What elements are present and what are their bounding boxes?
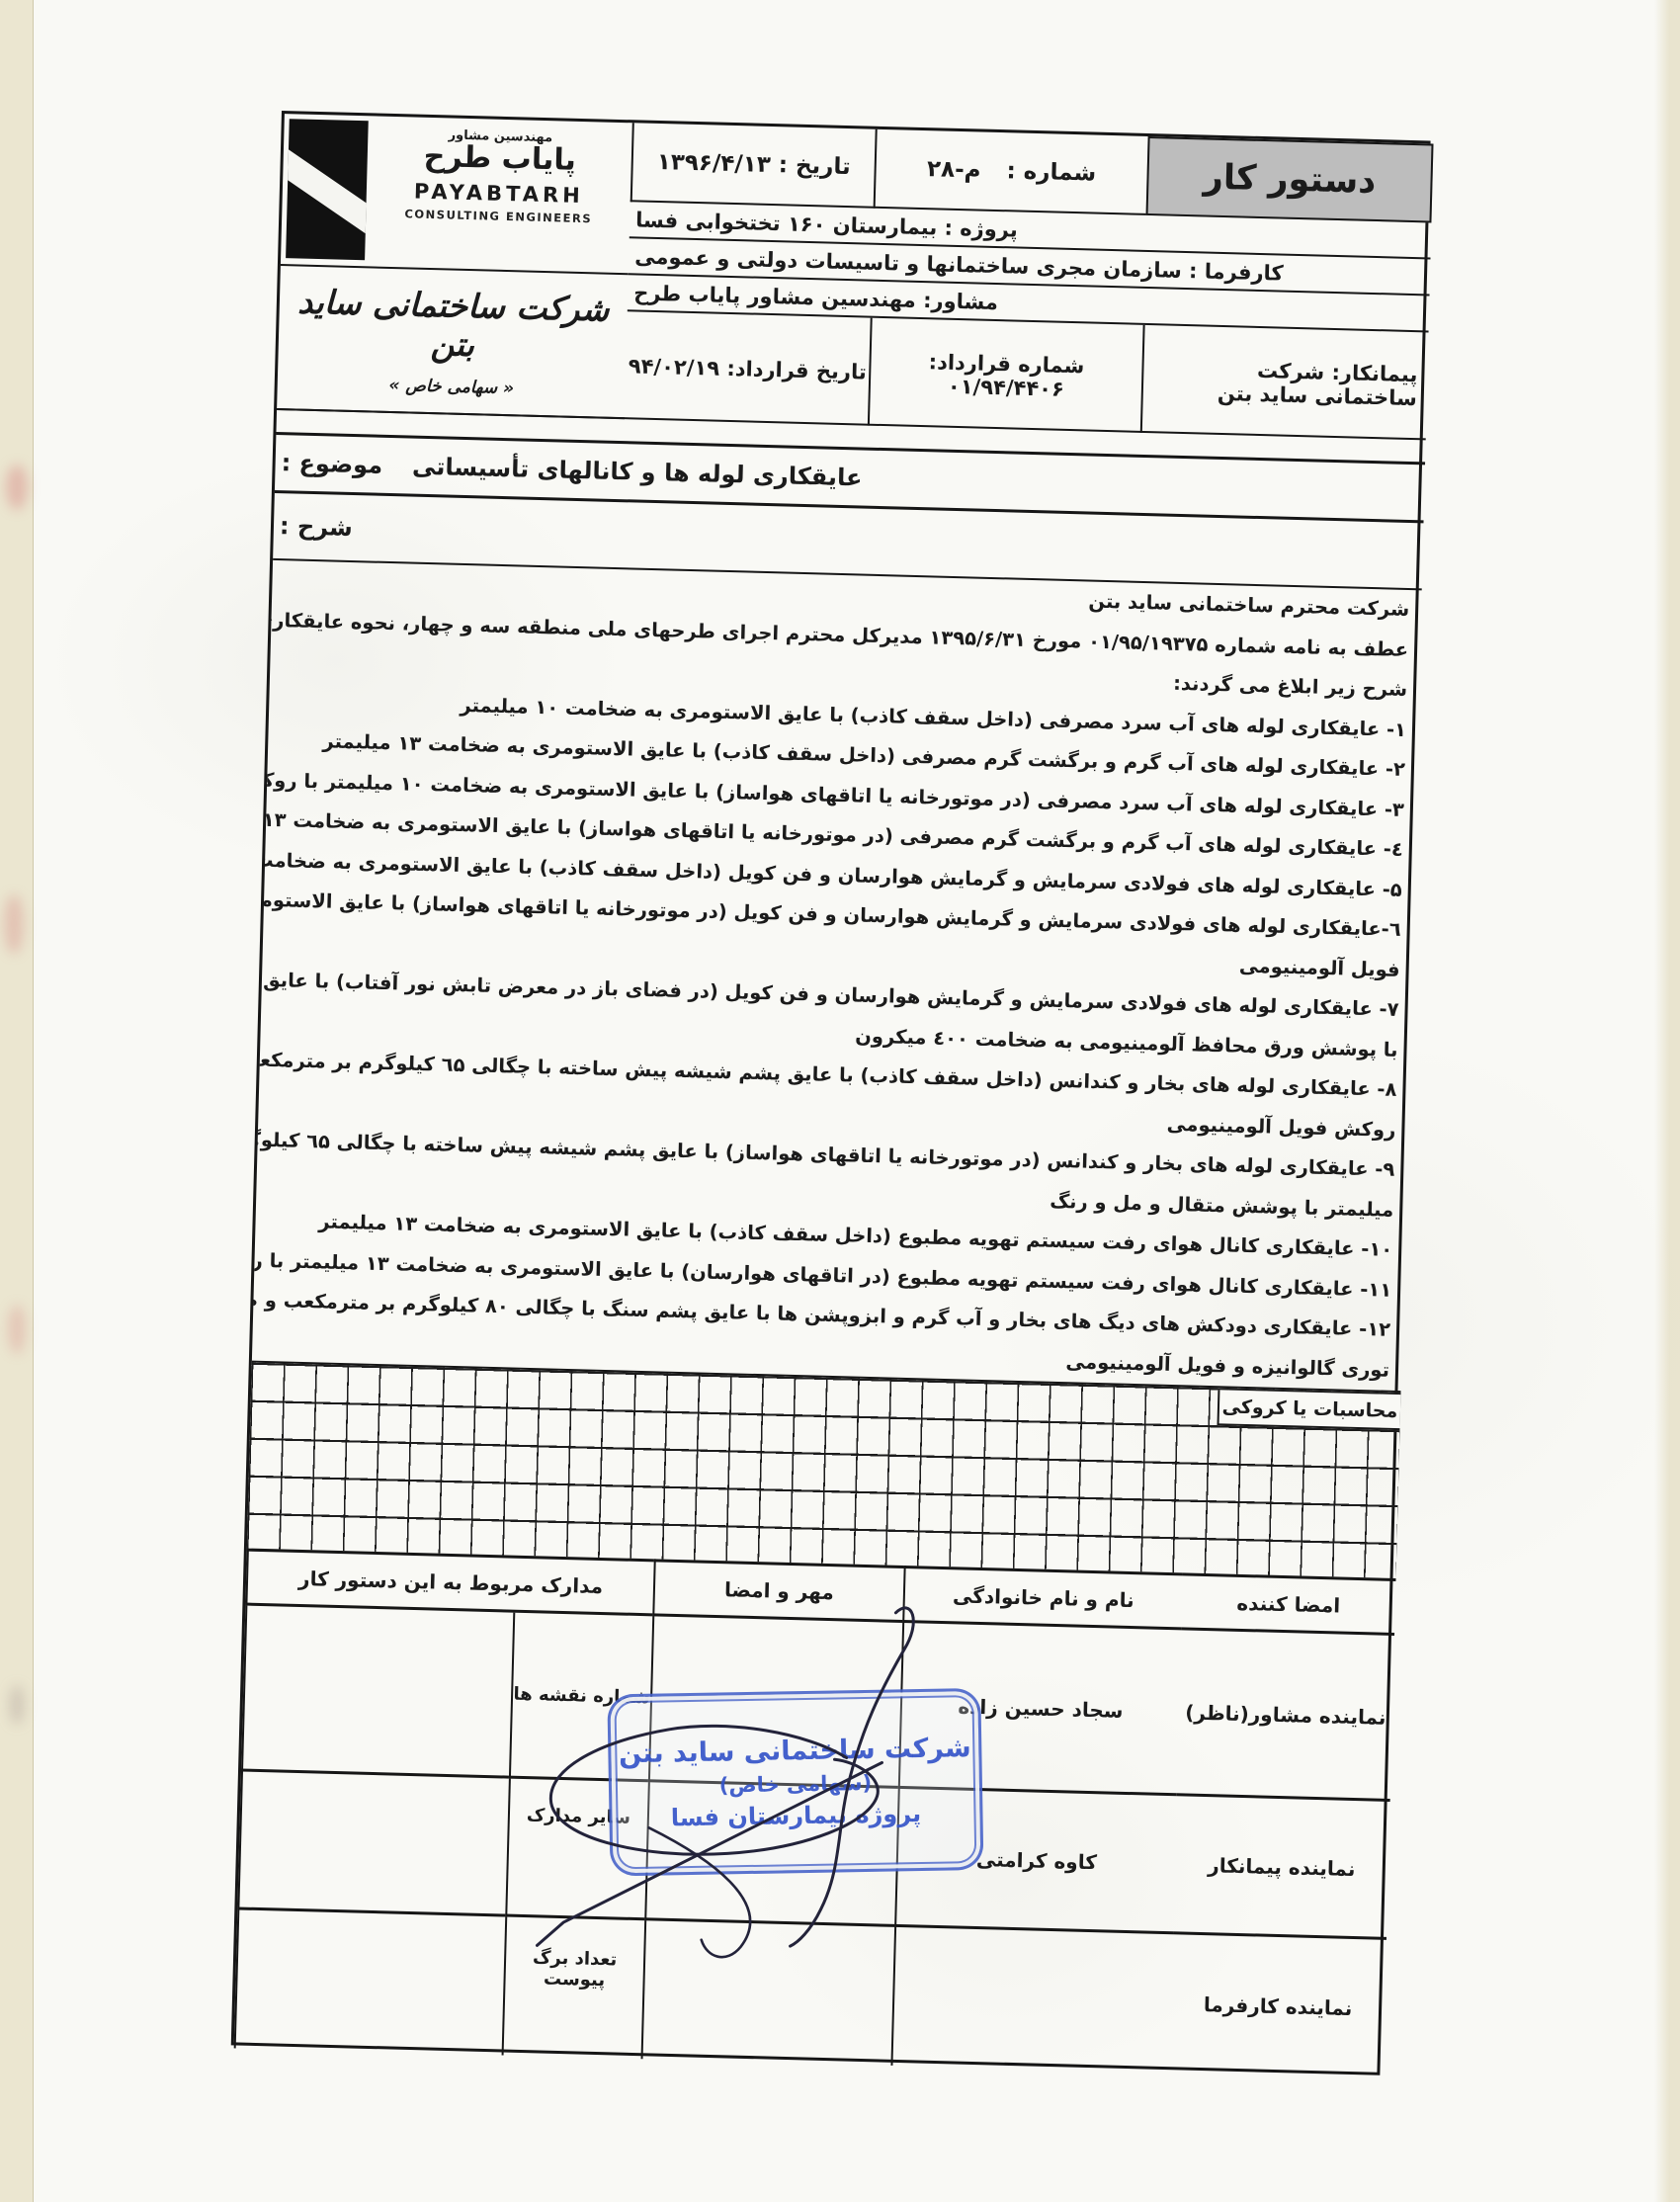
sig-row3-signer-value: نماینده کارفرما	[1204, 1992, 1353, 2020]
payabtarh-logo-icon	[286, 119, 369, 260]
sketch-label: محاسبات یا کروکی	[1221, 1396, 1397, 1422]
contractor-company-cell: شرکت ساختمانی ساید بتن « سهامی خاص »	[277, 266, 629, 419]
ink-bleed-mark	[6, 465, 28, 510]
number-cell: شماره : م-۲۸	[874, 129, 1148, 215]
sig-row3-docs-blank	[234, 1909, 506, 2055]
sig-row1-signer: نماینده مشاور(ناظر)	[1177, 1630, 1394, 1802]
sig-header-name: نام و نام خانوادگی	[902, 1566, 1182, 1630]
sig-row2-docs-blank	[237, 1772, 509, 1917]
sig-row2-signer-value: نماینده پیمانکار	[1208, 1853, 1356, 1881]
ink-bleed-mark	[4, 894, 24, 954]
contract-number-value: شماره قرارداد: ۰۱/۹۴/۴۴۰۶	[871, 348, 1142, 402]
scanned-work-order-page: { "header": { "title": "دستور کار", "num…	[0, 0, 1680, 2202]
contractor-cell: پیمانکار: شرکت ساختمانی ساید بتن	[1140, 325, 1429, 441]
stamp-company-name: شرکت ساختمانی ساید بتن	[619, 1733, 971, 1769]
consultant-logo-cell: مهندسین مشاور پایاب طرح PAYABTARH CONSUL…	[281, 114, 632, 275]
sig-header-seal-label: مهر و امضا	[724, 1577, 834, 1604]
contract-number-cell: شماره قرارداد: ۰۱/۹۴/۴۴۰۶	[868, 318, 1143, 433]
contract-date-cell: تاریخ قرارداد: ۹۴/۰۲/۱۹	[625, 311, 871, 425]
scan-right-edge	[1654, 0, 1680, 2202]
project-value: پروژه : بیمارستان ۱۶۰ تختخوابی فسا	[635, 208, 1018, 241]
contractor-value: پیمانکار: شرکت ساختمانی ساید بتن	[1149, 356, 1418, 410]
date-value: تاریخ : ۱۳۹۶/۴/۱۳	[656, 149, 851, 180]
form-title-box: دستور کار	[1146, 136, 1434, 223]
company-stamp: شرکت ساختمانی ساید بتن (سهامی خاص) پروژه…	[607, 1688, 983, 1877]
company-type: « سهامی خاص »	[388, 376, 514, 398]
logo-en-title: PAYABTARH	[376, 179, 624, 210]
number-value: م-۲۸	[927, 156, 981, 183]
logo-diagonal-slash-icon	[286, 147, 369, 252]
company-calligraphy: شرکت ساختمانی ساید بتن	[278, 282, 628, 368]
form-title: دستور کار	[1203, 157, 1377, 202]
sketch-grid: محاسبات یا کروکی	[247, 1361, 1401, 1578]
sketch-label-cell: محاسبات یا کروکی	[1218, 1390, 1401, 1430]
work-order-document: مهندسین مشاور پایاب طرح PAYABTARH CONSUL…	[231, 111, 1431, 2075]
sig-header-seal: مهر و امضا	[652, 1559, 903, 1623]
sig-row3-docs-label: تعداد برگ پیوست	[502, 1917, 645, 2060]
subject-label: موضوع :	[281, 449, 382, 479]
consultant-value: مشاور: مهندسین مشاور پایاب طرح	[633, 281, 998, 314]
description-label: شرح :	[280, 512, 353, 542]
sig-row3-name	[890, 1927, 1173, 2073]
sig-row1-signer-value: نماینده مشاور(ناظر)	[1185, 1700, 1386, 1729]
sig-header-docs: مدارک مربوط به این دستور کار	[245, 1549, 653, 1617]
scan-left-edge	[0, 0, 34, 2202]
sig-row3-signer: نماینده کارفرما	[1169, 1934, 1386, 2078]
sig-row1-name-value: سجاد حسین زاده	[958, 1694, 1124, 1722]
ink-bleed-mark	[9, 1685, 25, 1725]
ink-bleed-mark	[8, 1305, 26, 1354]
date-cell: تاریخ : ۱۳۹۶/۴/۱۳	[630, 123, 876, 208]
subject-text: عایقکاری لوله ها و کانالهای تأسیساتی	[412, 453, 863, 492]
sig-header-docs-label: مدارک مربوط به این دستور کار	[298, 1567, 604, 1598]
sig-row3-seal	[641, 1920, 895, 2066]
sig-header-name-label: نام و نام خانوادگی	[953, 1583, 1134, 1612]
description-body: شرکت محترم ساختمانی ساید بتن عطف به نامه…	[252, 560, 1422, 1391]
stamp-company-type: (سهامی خاص)	[719, 1770, 873, 1797]
sig-row2-name-value: کاوه کرامتی	[976, 1847, 1098, 1874]
contract-date-value: تاریخ قرارداد: ۹۴/۰۲/۱۹	[629, 354, 868, 383]
sig-row3-docs-value: تعداد برگ پیوست	[505, 1947, 643, 1992]
logo-fa-title: پایاب طرح	[376, 141, 624, 178]
number-label: شماره :	[1006, 158, 1096, 186]
sig-row2-signer: نماینده پیمانکار	[1173, 1796, 1390, 1940]
stamp-project-name: پروژه بیمارستان فسا	[671, 1799, 922, 1830]
sig-header-signer: امضا کننده	[1181, 1572, 1395, 1636]
sig-header-signer-label: امضا کننده	[1236, 1591, 1340, 1618]
logo-en-subtitle: CONSULTING ENGINEERS	[375, 207, 622, 227]
sig-row1-docs-blank	[241, 1606, 513, 1779]
